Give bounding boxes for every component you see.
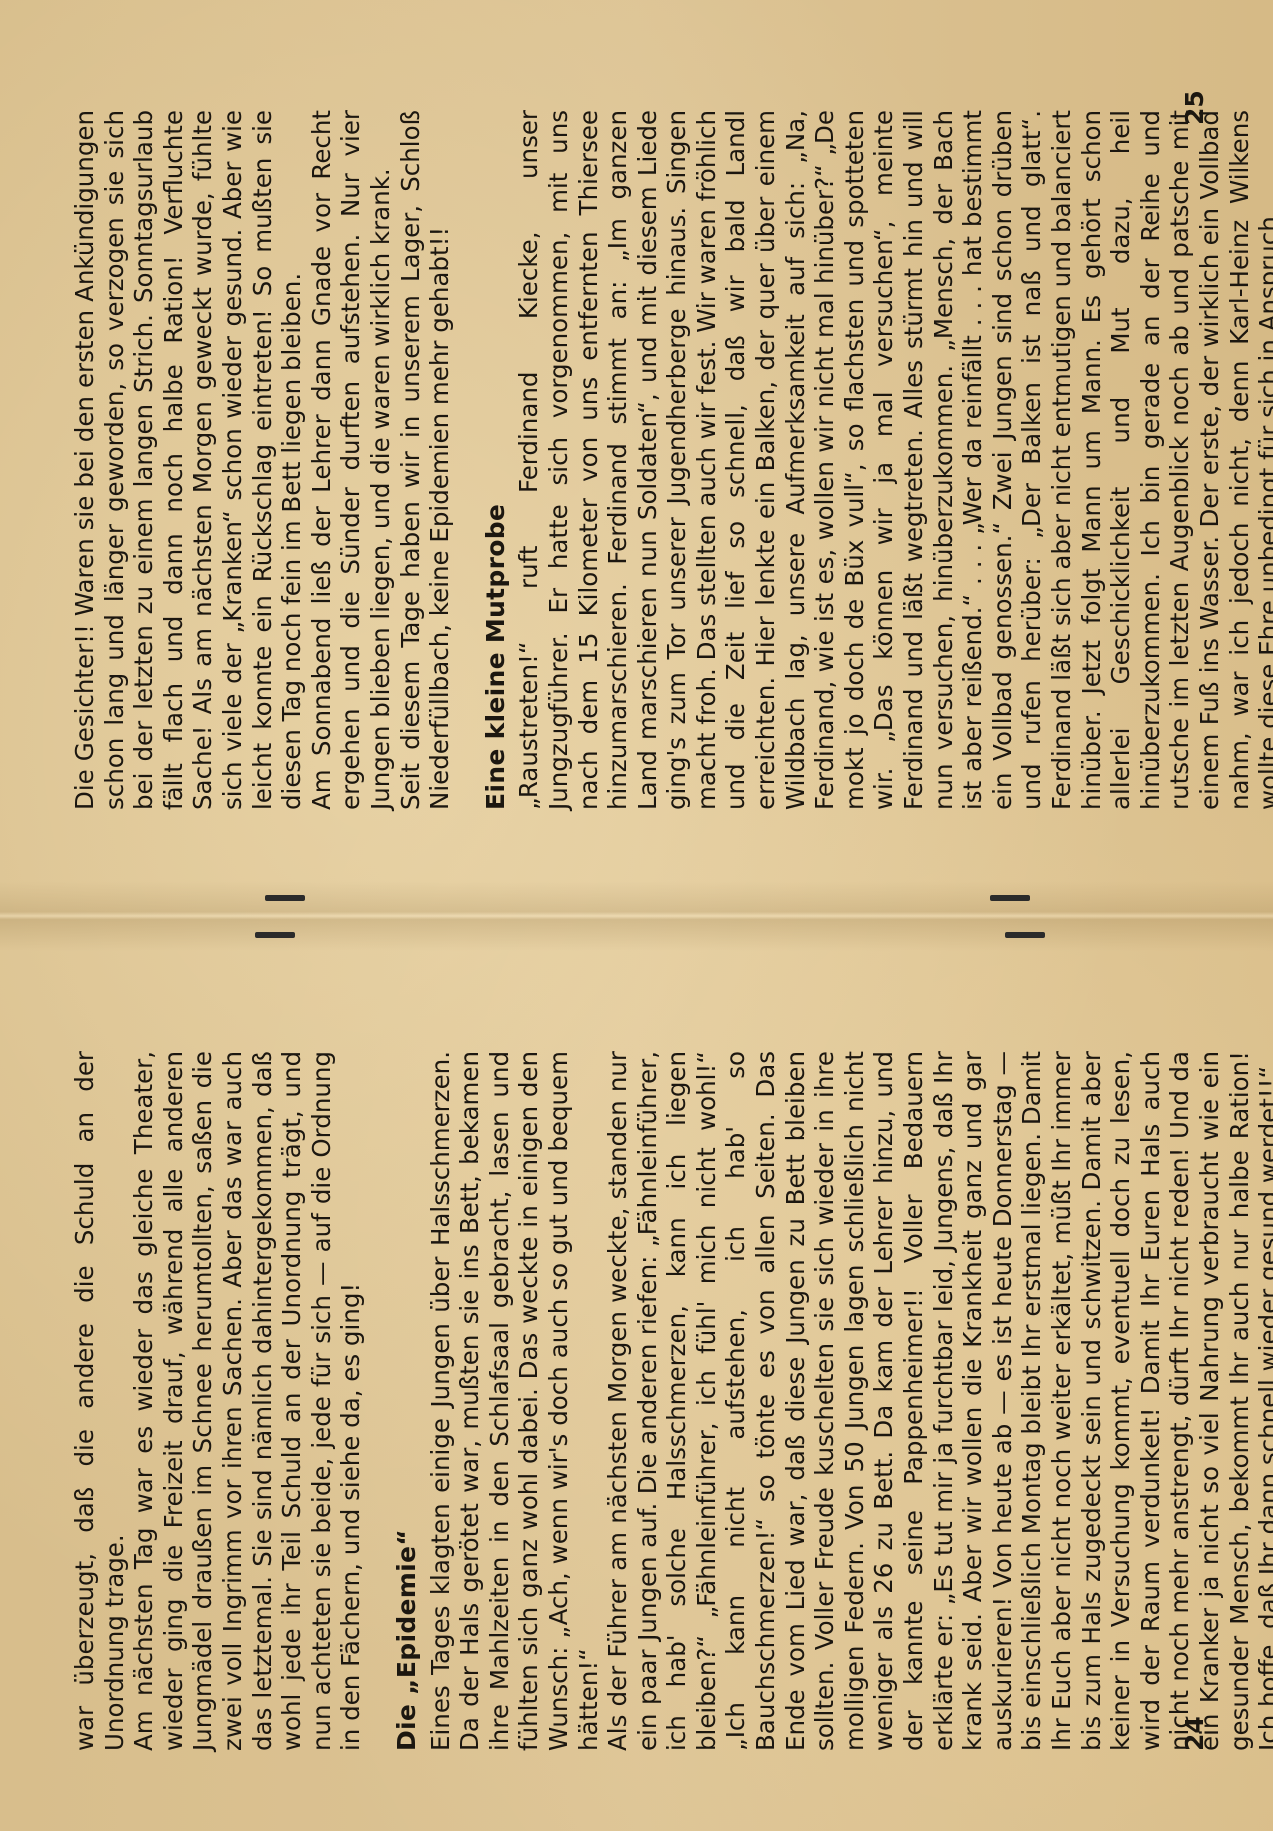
paragraph: Eines Tages klagten einige Jungen über H… [426, 1051, 604, 1751]
paragraph: Am nächsten Tag war es wieder das gleich… [129, 1051, 366, 1751]
section-heading-mutprobe: Eine kleine Mutprobe [481, 110, 511, 810]
left-page-column: war überzeugt, daß die andere die Schuld… [70, 1051, 1273, 1751]
paragraph: Am Sonnabend ließ der Lehrer dann Gnade … [307, 110, 396, 810]
paragraph: Seit diesem Tage haben wir in unserem La… [396, 110, 455, 810]
page-number-left: 24 [1180, 1716, 1209, 1751]
section-heading-epidemie: Die „Epidemie“ [392, 1051, 422, 1751]
left-page: war überzeugt, daß die andere die Schuld… [0, 916, 1273, 1831]
scanned-booklet-spread: war überzeugt, daß die andere die Schuld… [0, 0, 1273, 1831]
right-page: Die Gesichter!! Waren sie bei den ersten… [0, 0, 1273, 915]
paragraph: war überzeugt, daß die andere die Schuld… [70, 1051, 129, 1751]
page-number-right: 25 [1180, 90, 1209, 125]
paragraph: Als der Führer am nächsten Morgen weckte… [603, 1051, 1273, 1751]
rotated-spread: war überzeugt, daß die andere die Schuld… [0, 0, 1273, 1831]
paragraph: Die Gesichter!! Waren sie bei den ersten… [70, 110, 307, 810]
paragraph: „Raustreten!“ ruft Ferdinand Kiecke, uns… [514, 110, 1273, 810]
right-page-column: Die Gesichter!! Waren sie bei den ersten… [70, 110, 1273, 810]
